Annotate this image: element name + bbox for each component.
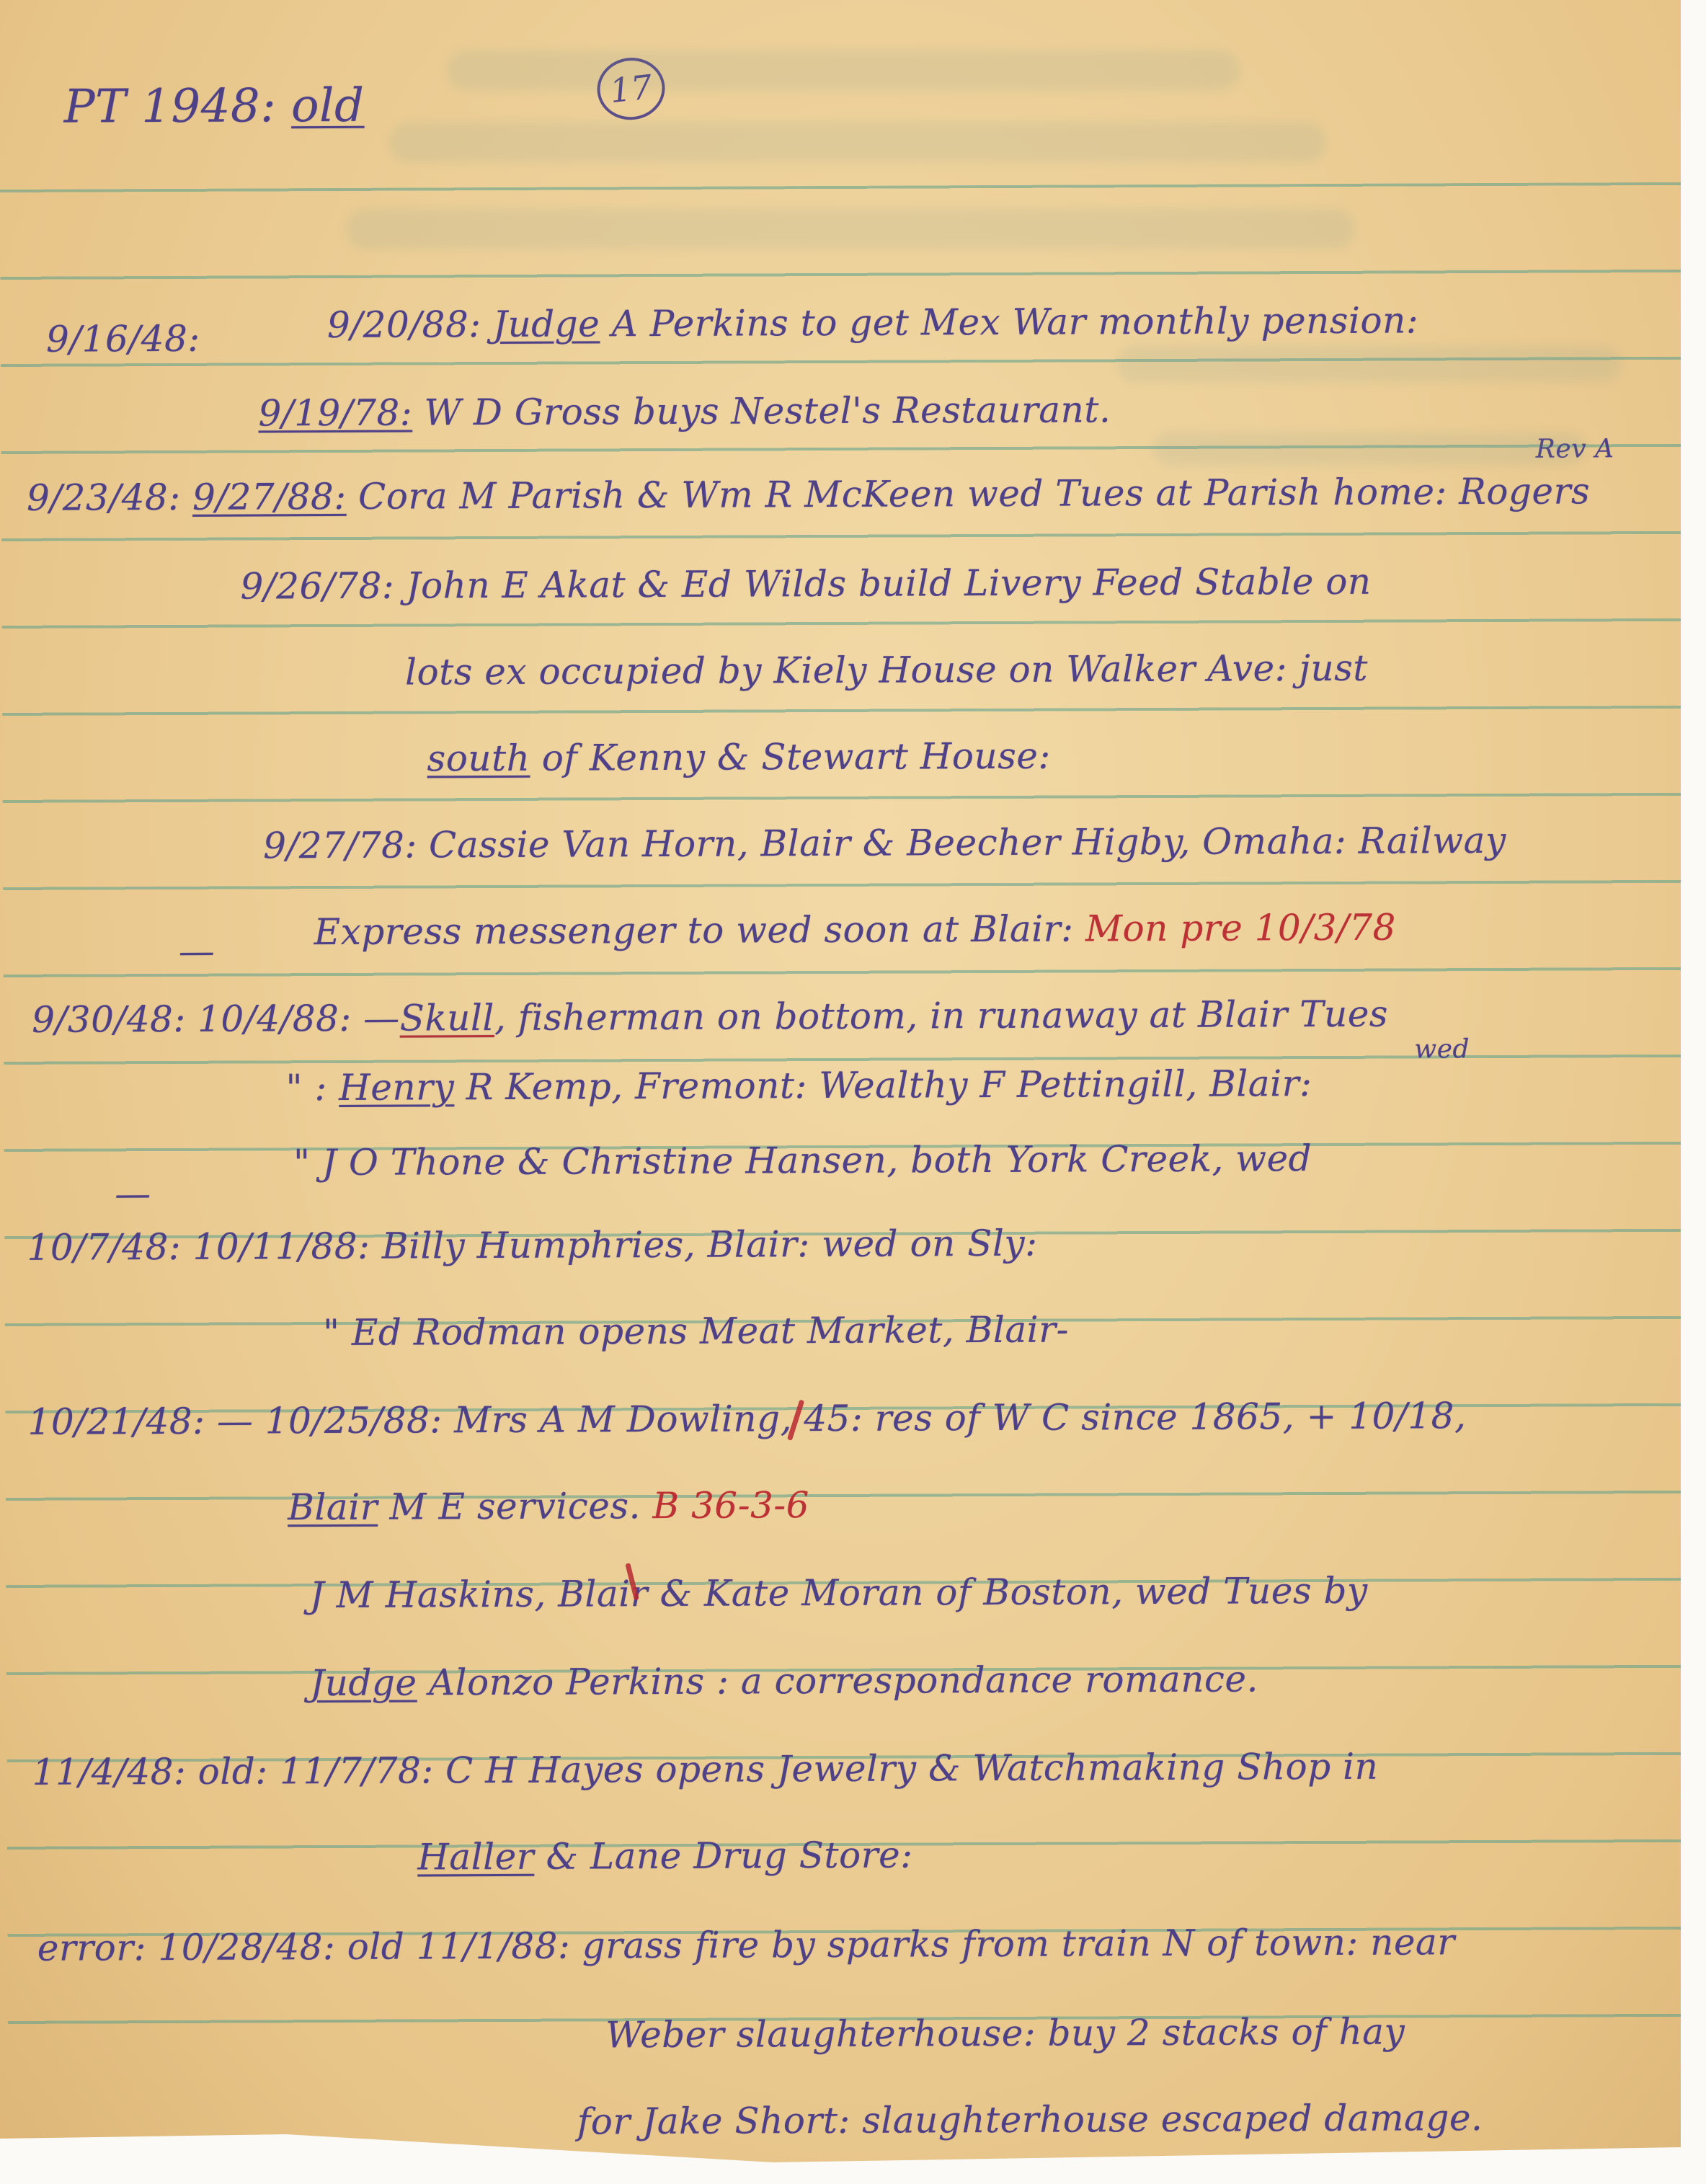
handwritten-text: Skull [400,997,495,1039]
handwritten-line: 11/4/48: old: 11/7/78: C H Hayes opens J… [32,1746,1379,1793]
handwritten-text: " J O Thone & Christine Hansen, both Yor… [293,1137,1312,1184]
handwritten-text: Express messenger to wed soon at Blair: [314,907,1085,953]
scanned-notebook-document: { "page": { "description": "Handwritten … [0,0,1706,2184]
handwritten-line: south of Kenny & Stewart House: [427,735,1050,780]
handwritten-text: Mon pre 10/3/78 [1085,907,1396,950]
handwritten-text: A Perkins to get Mex War monthly pension… [600,299,1418,345]
handwritten-line: " Ed Rodman opens Meat Market, Blair- [323,1309,1069,1354]
handwritten-line: 9/16/48: [46,318,200,360]
handwritten-text: Judge [493,303,600,345]
handwritten-line: J M Haskins, Blair & Kate Moran of Bosto… [310,1570,1368,1616]
handwritten-line: 9/30/48: 10/4/88: —Skull, fisherman on b… [32,993,1388,1041]
handwritten-line: " : Henry R Kemp, Fremont: Wealthy F Pet… [285,1062,1312,1109]
header-note: PT 1948: old [63,79,364,134]
handwriting-layer: 17 PT 1948: old9/16/48:9/20/88: Judge A … [0,0,1690,2162]
handwritten-text: wed [1414,1034,1470,1064]
handwritten-line: Rev A [1536,434,1614,463]
handwritten-line: 9/26/78: John E Akat & Ed Wilds build Li… [240,561,1371,608]
handwritten-text: M E services. [378,1485,653,1528]
handwritten-text: J M Haskins, Blair & Kate Moran of Bosto… [310,1570,1368,1616]
handwritten-text: B 36-3-6 [652,1484,809,1527]
handwritten-text: error: 10/28/48: old 11/1/88: grass fire… [37,1921,1455,1969]
handwritten-text: 9/27/88: [192,476,347,518]
handwritten-text: R Kemp, Fremont: Wealthy F Pettingill, B… [454,1062,1312,1108]
handwritten-text: Blair [288,1486,378,1529]
page-number-badge: 17 [594,54,668,123]
handwritten-text: 9/26/78: John E Akat & Ed Wilds build Li… [240,561,1371,608]
handwritten-text: Judge [310,1661,417,1704]
handwritten-line: 9/23/48: 9/27/88: Cora M Parish & Wm R M… [27,470,1590,518]
handwritten-line: Haller & Lane Drug Store: [417,1834,913,1878]
handwritten-line: for Jake Short: slaughterhouse escaped d… [577,2097,1483,2142]
handwritten-line: wed [1414,1034,1470,1064]
handwritten-text: Weber slaughterhouse: buy 2 stacks of ha… [605,2011,1405,2056]
handwritten-text: 10/21/48: — 10/25/88: Mrs A M Dowling, 4… [27,1395,1466,1443]
page-number: 17 [608,67,654,110]
handwritten-line: 9/27/78: Cassie Van Horn, Blair & Beeche… [263,820,1506,867]
handwritten-text: 9/19/78: [258,392,412,435]
handwritten-line: " J O Thone & Christine Hansen, both Yor… [293,1137,1312,1184]
handwritten-text: & Lane Drug Store: [534,1834,913,1877]
handwritten-line: 10/7/48: 10/11/88: Billy Humphries, Blai… [27,1222,1037,1269]
handwritten-text: Cora M Parish & Wm R McKeen wed Tues at … [346,470,1590,518]
handwritten-text: 9/23/48: [27,476,192,519]
handwritten-text: south [427,737,530,780]
handwritten-line: 9/20/88: Judge A Perkins to get Mex War … [327,299,1418,346]
handwritten-text: Alonzo Perkins : a correspondance romanc… [417,1658,1258,1703]
handwritten-text: old [291,79,365,133]
handwritten-text: Rev A [1536,434,1614,463]
handwritten-text: W D Gross buys Nestel's Restaurant. [412,389,1111,433]
handwritten-text: 11/4/48: old: 11/7/78: C H Hayes opens J… [32,1746,1379,1793]
handwritten-line: Blair M E services. B 36-3-6 [288,1484,809,1528]
handwritten-text: Henry [339,1066,454,1109]
handwritten-text: 9/30/48: 10/4/88: — [32,998,400,1041]
handwritten-text: , fisherman on bottom, in runaway at Bla… [494,993,1388,1039]
handwritten-text: 10/7/48: 10/11/88: Billy Humphries, Blai… [27,1222,1037,1269]
handwritten-text: of Kenny & Stewart House: [530,735,1051,779]
handwritten-line: lots ex occupied by Kiely House on Walke… [405,647,1368,693]
handwritten-text: Haller [417,1836,534,1878]
handwritten-line: 10/21/48: — 10/25/88: Mrs A M Dowling, 4… [27,1395,1466,1443]
handwritten-text: " : [285,1067,339,1109]
margin-dash: — [115,1173,151,1215]
handwritten-text: — [115,1173,151,1215]
handwritten-text: 9/16/48: [46,318,200,360]
handwritten-text: lots ex occupied by Kiely House on Walke… [405,647,1368,693]
handwritten-text: PT 1948: [63,79,291,133]
handwritten-text: for Jake Short: slaughterhouse escaped d… [577,2097,1483,2142]
handwritten-line: Judge Alonzo Perkins : a correspondance … [310,1658,1258,1704]
handwritten-text: 9/20/88: [327,303,493,346]
handwritten-line: Weber slaughterhouse: buy 2 stacks of ha… [605,2011,1405,2056]
handwritten-line: error: 10/28/48: old 11/1/88: grass fire… [37,1921,1455,1969]
handwritten-line: 9/19/78: W D Gross buys Nestel's Restaur… [258,389,1111,434]
margin-dash: — [179,931,216,972]
notebook-page: 17 PT 1948: old9/16/48:9/20/88: Judge A … [0,0,1681,2162]
handwritten-text: — [179,931,216,972]
handwritten-text: 9/27/78: Cassie Van Horn, Blair & Beeche… [263,820,1506,867]
handwritten-line: Express messenger to wed soon at Blair: … [314,907,1397,954]
handwritten-text: " Ed Rodman opens Meat Market, Blair- [323,1309,1069,1354]
